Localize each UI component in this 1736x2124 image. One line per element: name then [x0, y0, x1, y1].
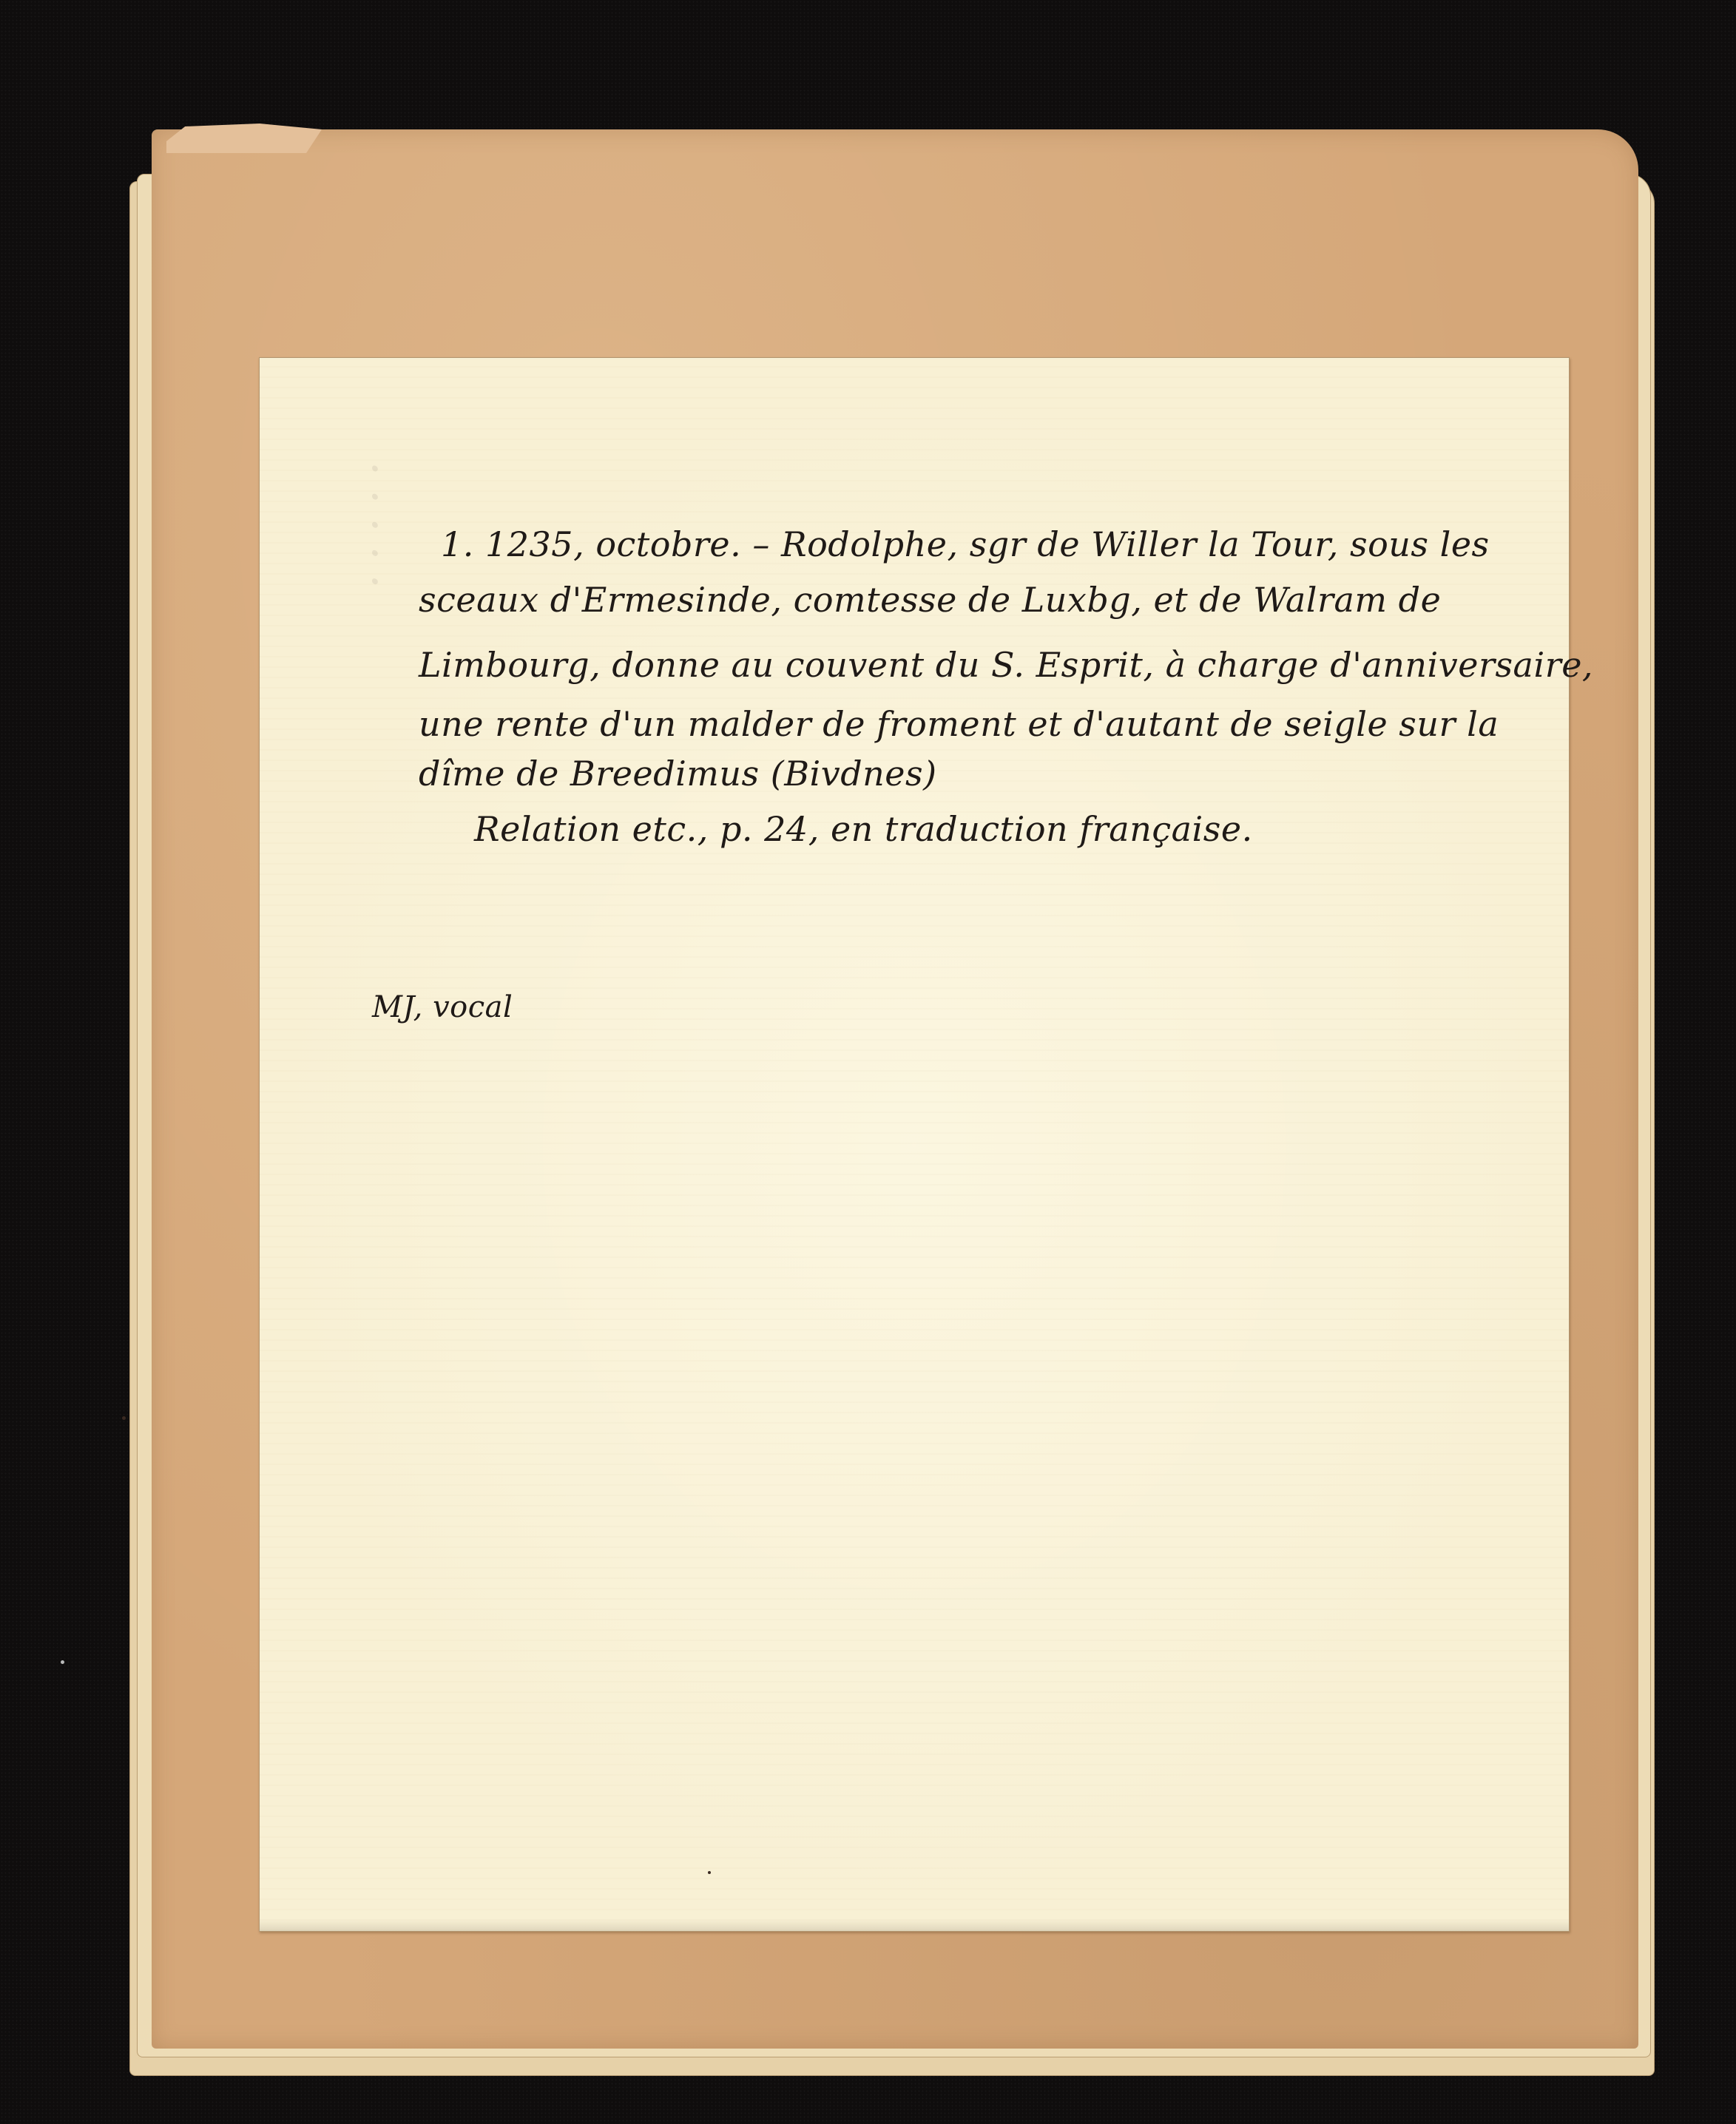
dust-speck — [61, 1660, 64, 1664]
bleed-through-text: · · · · · — [348, 461, 400, 589]
entry-line-4: une rente d'un malder de froment et d'au… — [419, 704, 1499, 744]
archivist-note: MJ, vocal — [372, 990, 513, 1024]
entry-line-5: dîme de Breedimus (Bivdnes) — [419, 754, 937, 794]
paper-stain — [260, 1919, 1569, 1931]
entry-line-2: sceaux d'Ermesinde, comtesse de Luxbg, e… — [419, 580, 1441, 620]
dust-speck — [122, 1416, 126, 1420]
ink-speck — [708, 1871, 711, 1874]
entry-line-3: Limbourg, donne au couvent du S. Esprit,… — [419, 645, 1593, 685]
source-citation: Relation etc., p. 24, en traduction fran… — [474, 809, 1253, 849]
entry-line-1: 1. 1235, octobre. – Rodolphe, sgr de Wil… — [441, 524, 1490, 564]
torn-corner — [166, 124, 322, 153]
mounted-paper: · · · · · 1. 1235, octobre. – Rodolphe, … — [259, 357, 1570, 1932]
